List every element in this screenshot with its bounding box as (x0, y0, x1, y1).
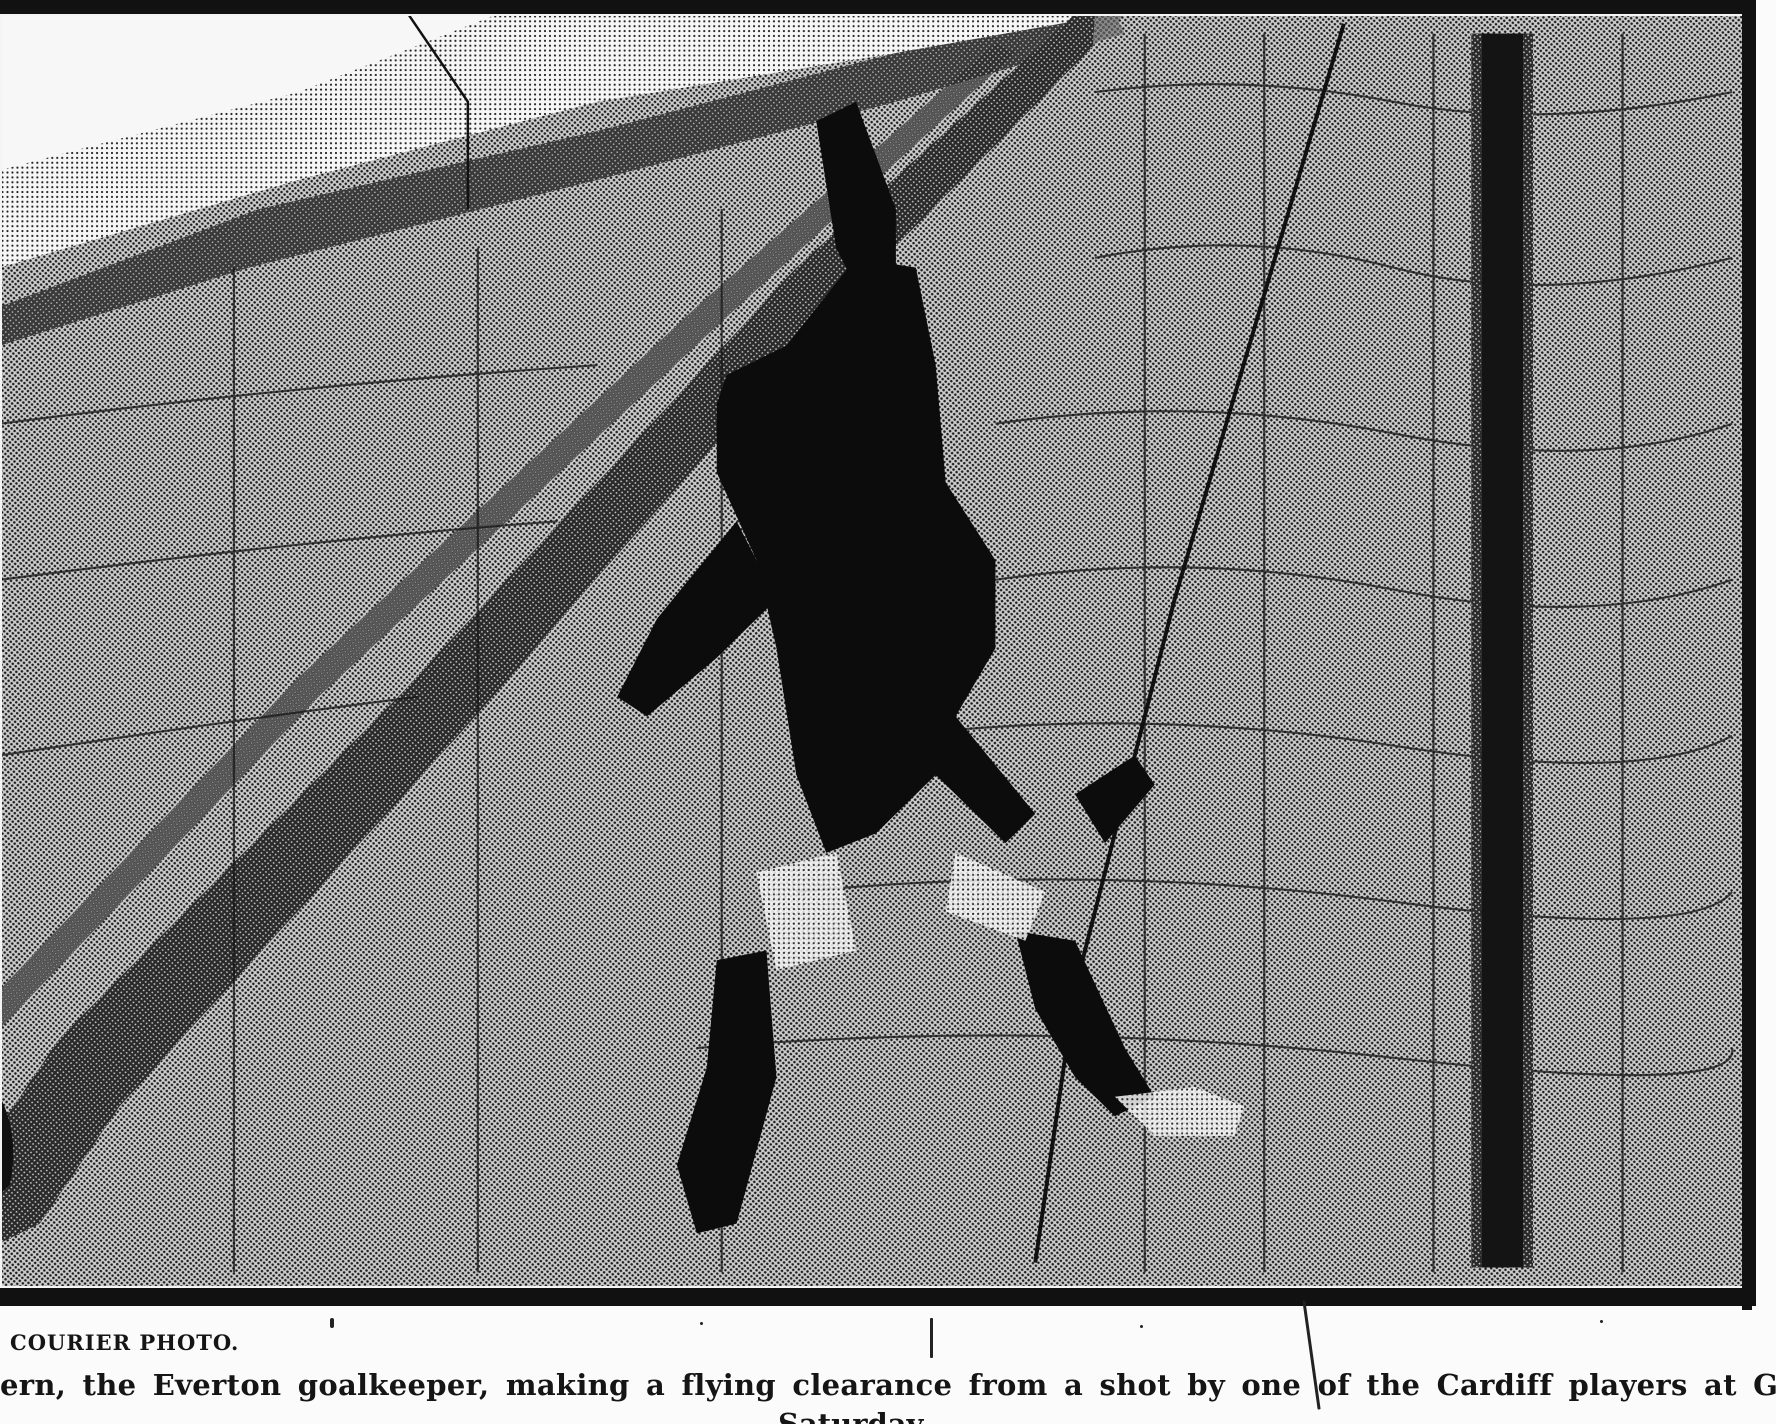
halftone-photo (0, 0, 1756, 1306)
caption-text-line-2: Saturday. (778, 1410, 930, 1424)
goal-post (1481, 34, 1523, 1268)
column-rule (1742, 0, 1752, 1310)
caption-text-line-1: ern, the Everton goalkeeper, making a fl… (0, 1368, 1776, 1402)
newspaper-clipping: COURIER PHOTO. ern, the Everton goalkeep… (0, 0, 1776, 1424)
photo-illustration (0, 14, 1748, 1288)
photo-credit: COURIER PHOTO. (10, 1330, 239, 1355)
photo-caption: COURIER PHOTO. ern, the Everton goalkeep… (0, 1310, 1776, 1424)
